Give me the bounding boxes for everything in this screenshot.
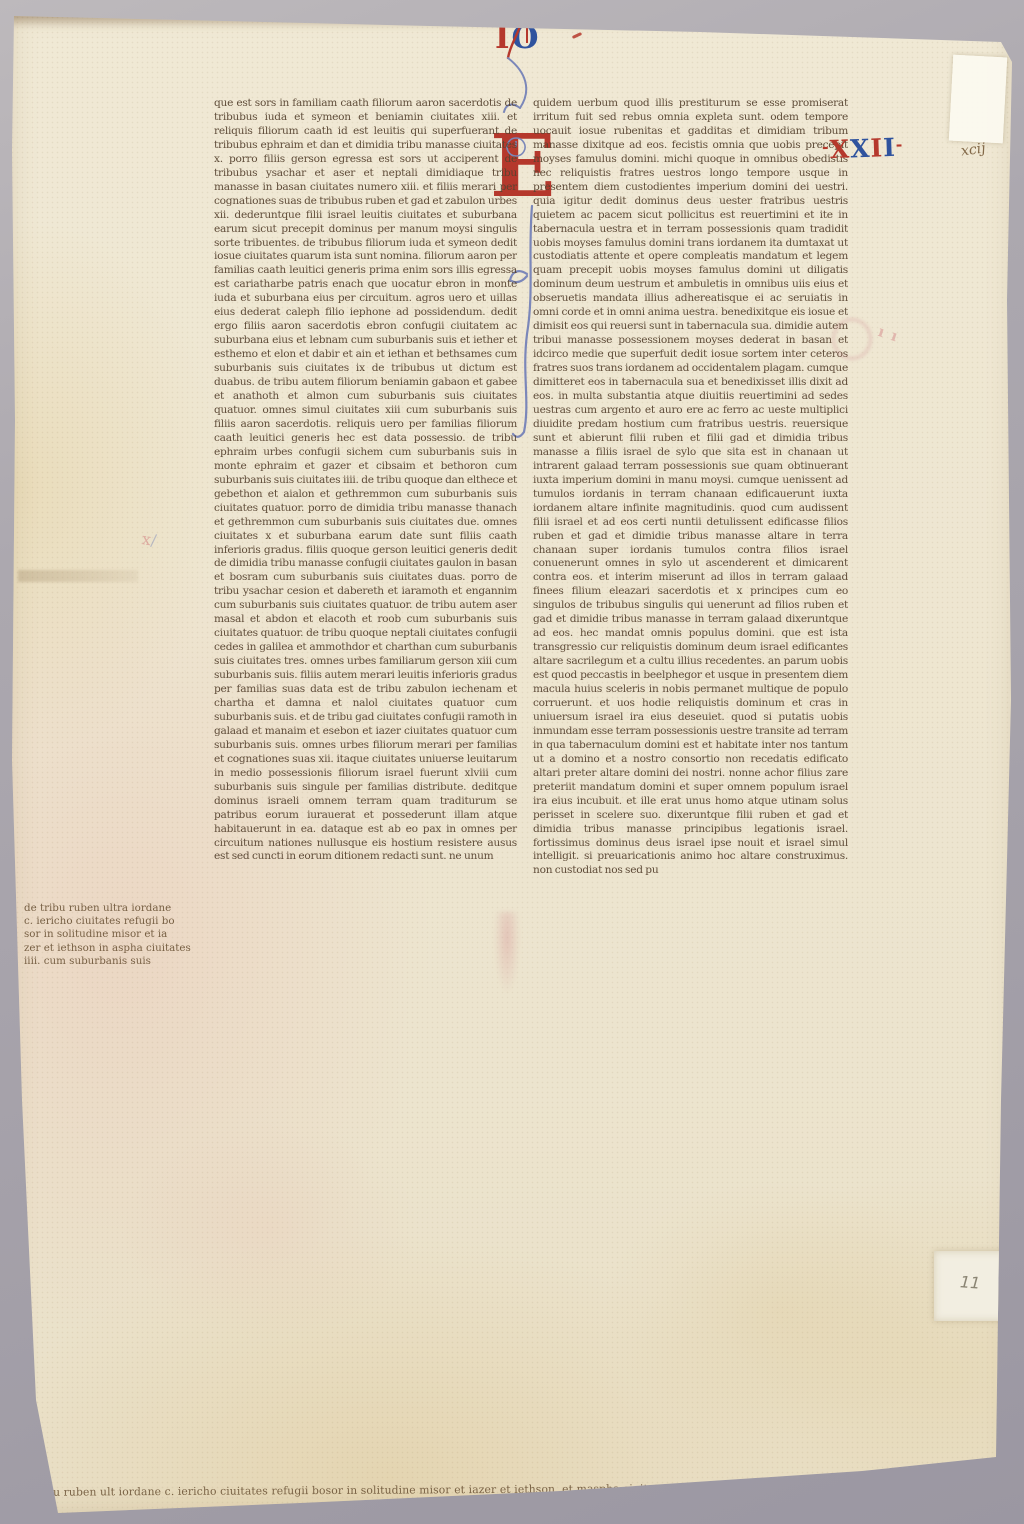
chapter-numeral-xxii: -XXII-: [822, 133, 904, 165]
pencil-number: 11: [959, 1272, 981, 1292]
chapter-letter: I: [870, 133, 884, 162]
chapter-letter: X: [850, 134, 871, 164]
tape-remnant: [949, 55, 1007, 144]
effaced-marginalia: [18, 570, 138, 582]
faint-red-x-mark: x/: [141, 529, 158, 550]
folio-number: xcij: [960, 140, 987, 159]
text-column-right: quidem uerbum quod illis prestiturum se …: [533, 97, 848, 1081]
chapter-letter: X: [829, 134, 850, 164]
manuscript-leaf: IO E que est sors in familiam caath fili…: [0, 0, 1024, 1524]
chapter-dash-right: -: [895, 135, 903, 154]
marginal-gloss: de tribu ruben ultra iordane c. iericho …: [24, 902, 200, 968]
initial-flourish-red: [508, 26, 520, 58]
chapter-letter: I: [883, 133, 897, 162]
collection-label: 11: [934, 1251, 1012, 1321]
ink-offset-slashes: ıı: [876, 322, 908, 348]
toasted-top-edge: [10, 12, 1005, 28]
parchment-stain: [120, 1120, 420, 1340]
text-column-left: que est sors in familiam caath filiorum …: [214, 97, 517, 1079]
parchment-stain: [600, 1180, 960, 1440]
bottom-catchline: De tribu ruben ult iordane c. iericho ci…: [14, 1480, 974, 1499]
red-pen-tick: [572, 32, 582, 39]
